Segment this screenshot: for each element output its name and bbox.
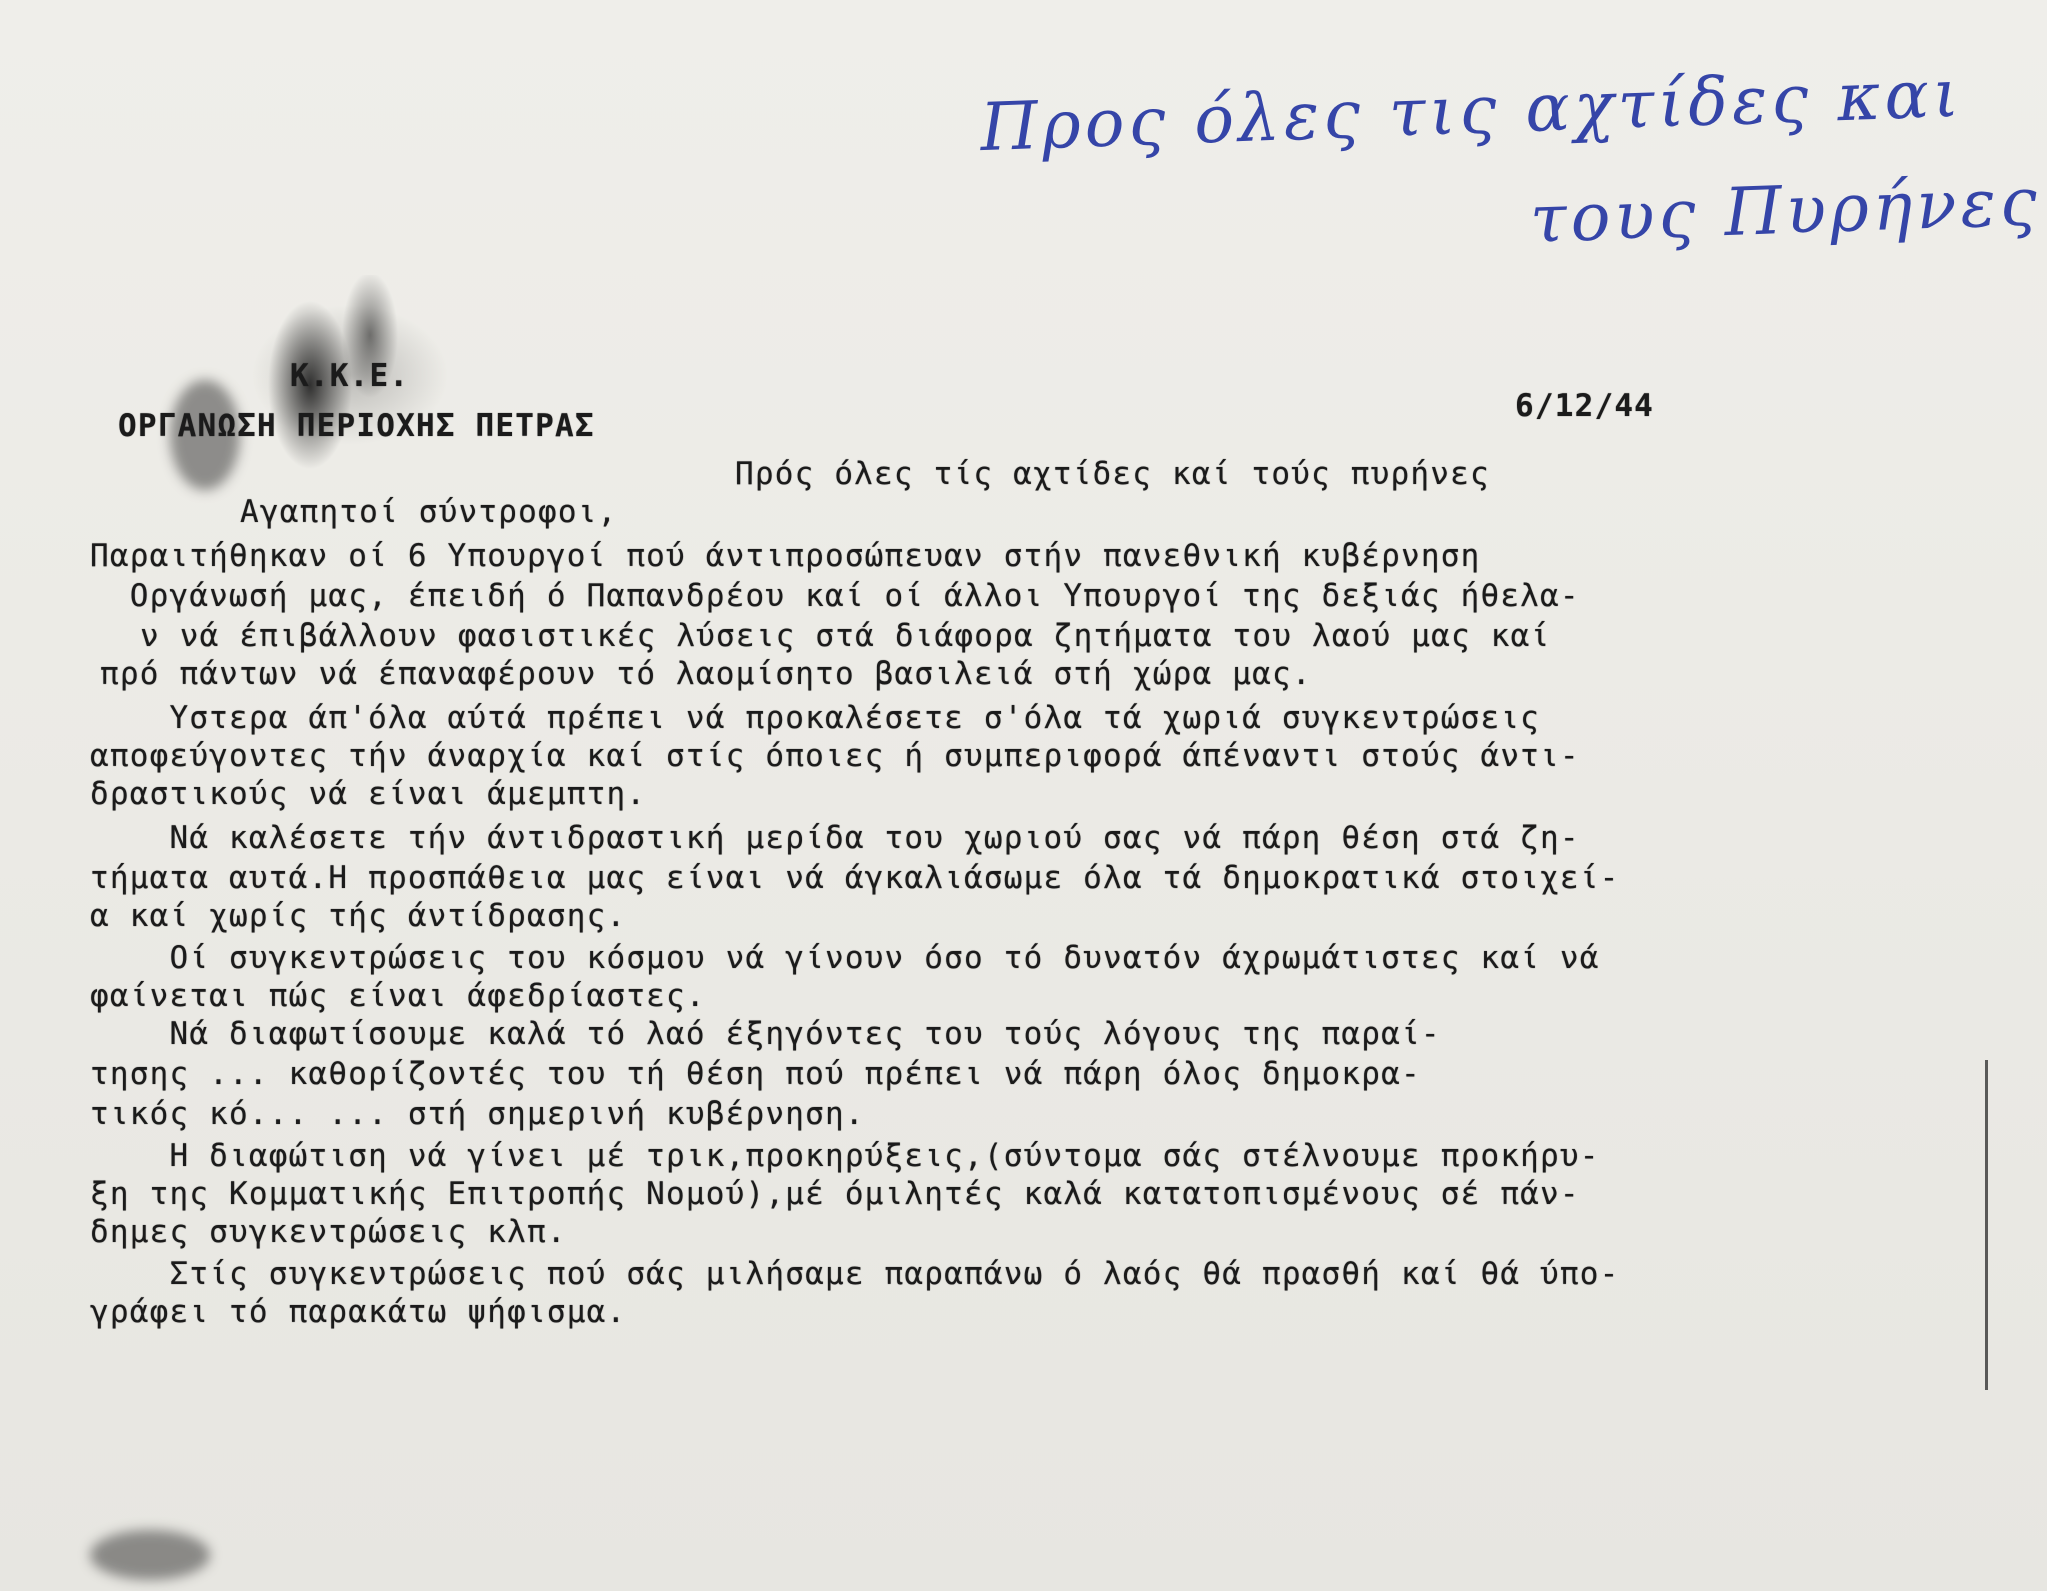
handwritten-note-line1: Προς όλες τις αχτίδες και (979, 61, 1964, 161)
margin-rule (1985, 1060, 1988, 1390)
sender-party: Κ.Κ.Ε. (290, 358, 409, 394)
body-line: α καί χωρίς τής άντίδρασης. (90, 898, 626, 934)
body-line: Οργάνωσή μας, έπειδή ό Παπανδρέου καί οί… (90, 578, 1580, 614)
handwritten-note-line2: τους Πυρήνες (1529, 169, 2042, 253)
body-line: Παραιτήθηκαν οί 6 Υπουργοί πού άντιπροσώ… (90, 538, 1480, 574)
sender-organization: ΟΡΓΑΝΩΣΗ ΠΕΡΙΟΧΗΣ ΠΕΤΡΑΣ (118, 408, 595, 444)
body-line: Στίς συγκεντρώσεις πού σάς μιλήσαμε παρα… (90, 1256, 1620, 1292)
body-line: δραστικούς νά είναι άμεμπτη. (90, 776, 646, 812)
ink-smudge (90, 1530, 210, 1580)
letter-date: 6/12/44 (1515, 388, 1654, 424)
body-line: Νά καλέσετε τήν άντιδραστική μερίδα του … (90, 820, 1580, 856)
body-line: γράφει τό παρακάτω ψήφισμα. (90, 1294, 626, 1330)
body-line: δημες συγκεντρώσεις κλπ. (90, 1214, 567, 1250)
body-line: ν νά έπιβάλλουν φασιστικές λύσεις στά δι… (140, 618, 1550, 654)
body-line: αποφεύγοντες τήν άναρχία καί στίς όποιες… (90, 738, 1580, 774)
body-line: τησης ... καθορίζοντές του τή θέση πού π… (90, 1056, 1421, 1092)
body-line: ξη της Κομματικής Επιτροπής Νομού),μέ όμ… (90, 1176, 1580, 1212)
scanned-letter-page: Προς όλες τις αχτίδες και τους Πυρήνες Κ… (0, 0, 2047, 1591)
body-line: Οί συγκεντρώσεις του κόσμου νά γίνουν όσ… (90, 940, 1600, 976)
body-line: τικός κό... ... στή σημερινή κυβέρνηση. (90, 1096, 865, 1132)
body-line: Η διαφώτιση νά γίνει μέ τρικ,προκηρύξεις… (90, 1138, 1600, 1174)
body-line: τήματα αυτά.Η προσπάθεια μας είναι νά άγ… (90, 860, 1620, 896)
body-line: Υστερα άπ'όλα αύτά πρέπει νά προκαλέσετε… (90, 700, 1540, 736)
body-line: Νά διαφωτίσουμε καλά τό λαό έξηγόντες το… (90, 1016, 1441, 1052)
salutation: Αγαπητοί σύντροφοι, (240, 494, 617, 530)
body-line: πρό πάντων νά έπαναφέρουν τό λαομίσητο β… (100, 656, 1312, 692)
body-line: φαίνεται πώς είναι άφεδρίαστες. (90, 978, 706, 1014)
letter-title: Πρός όλες τίς αχτίδες καί τούς πυρήνες (735, 456, 1490, 492)
